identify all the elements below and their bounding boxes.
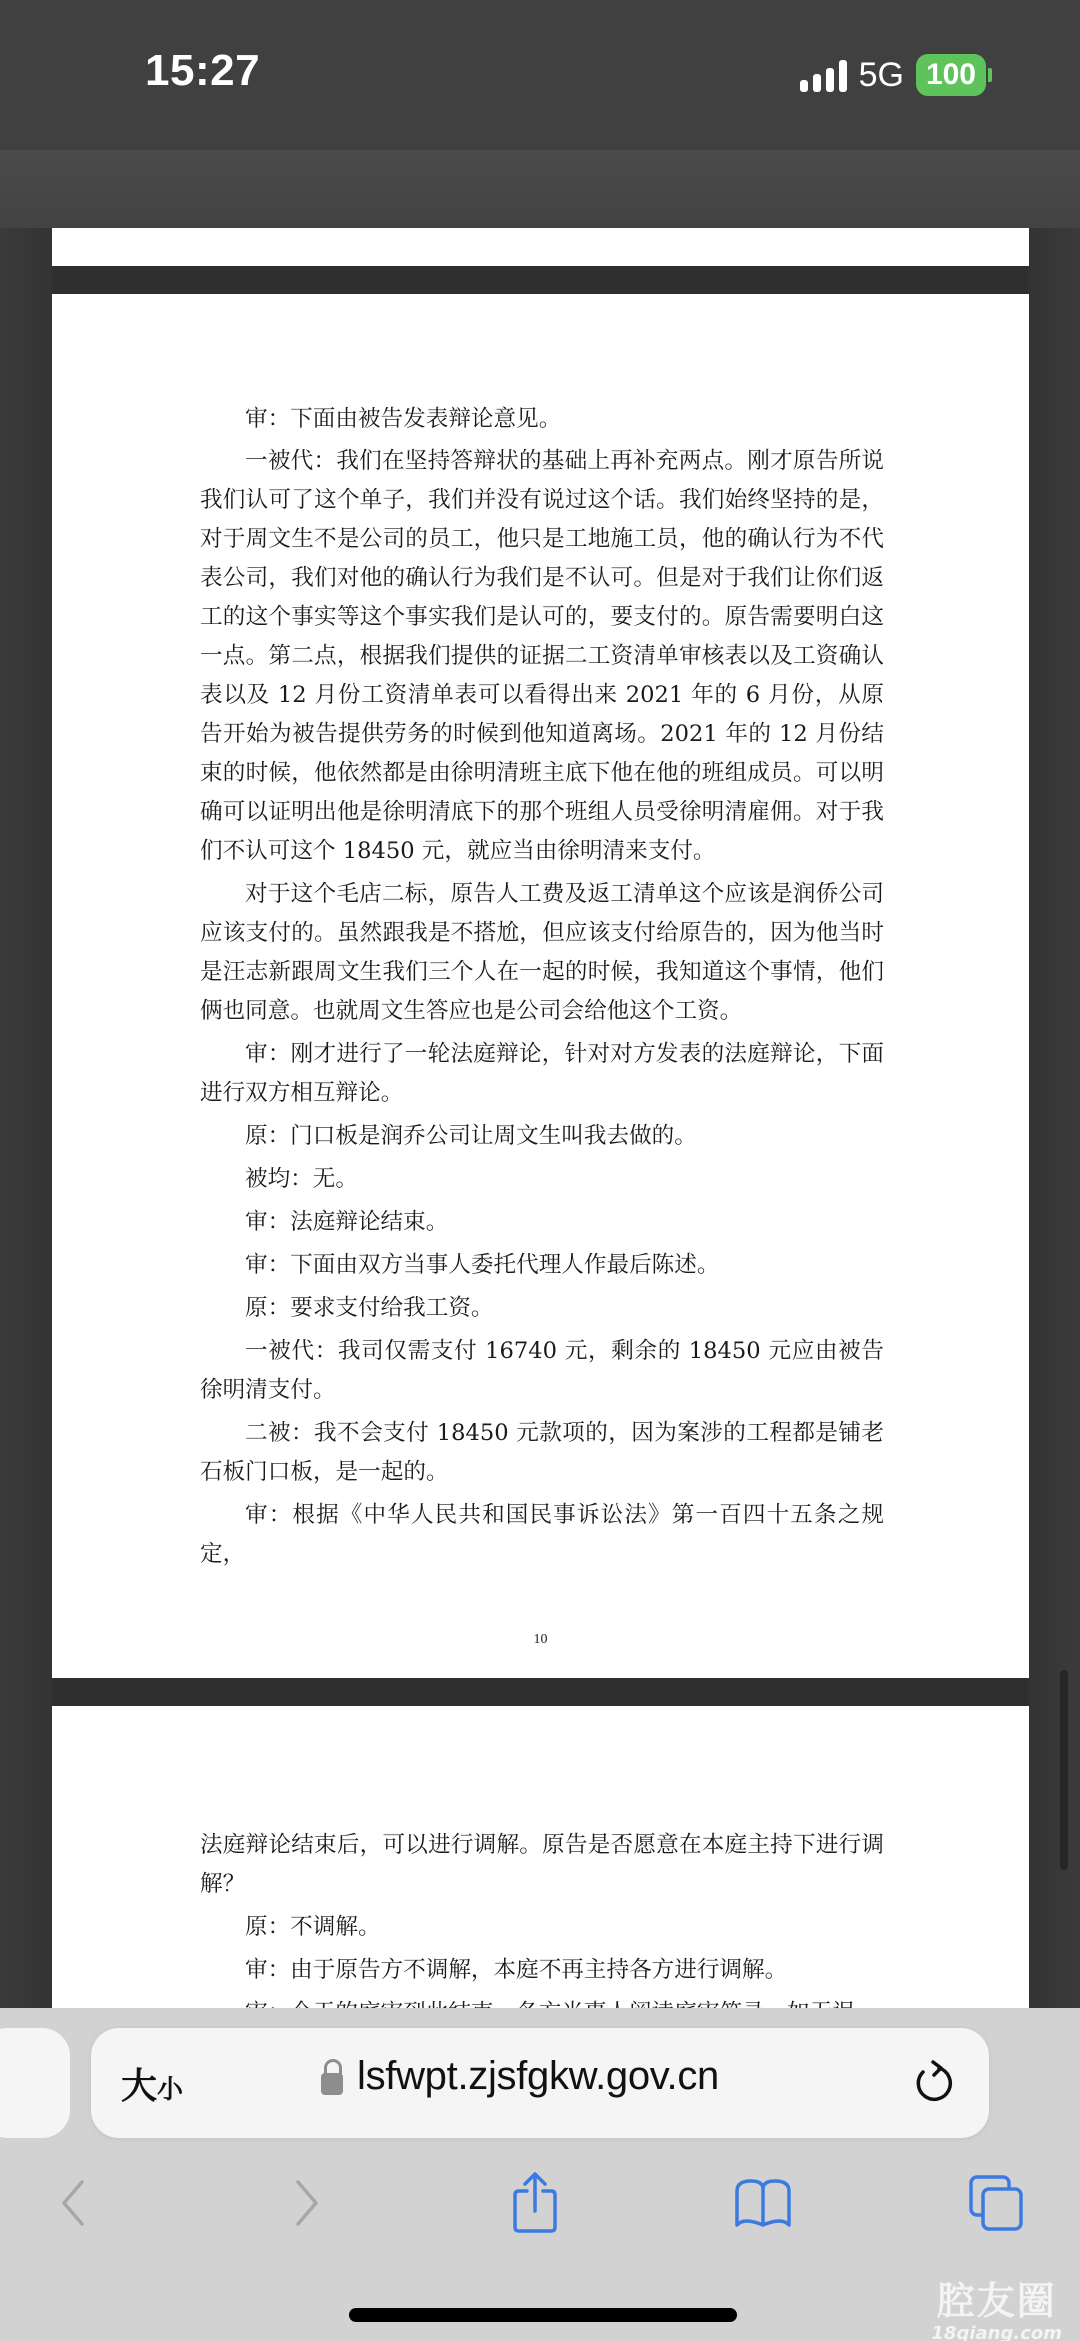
paragraph: 对于这个毛店二标，原告人工费及返工清单这个应该是润侨公司应该支付的。虽然跟我是不…: [200, 875, 884, 1031]
page-11-text: 法庭辩论结束后，可以进行调解。原告是否愿意在本庭主持下进行调解？ 原：不调解。 …: [200, 1826, 884, 2008]
reader-label-big: 大: [121, 2065, 157, 2106]
pdf-document-area[interactable]: 审：下面由被告发表辩论意见。 一被代：我们在坚持答辩状的基础上再补充两点。刚才原…: [0, 228, 1080, 2008]
reload-icon[interactable]: [909, 2058, 959, 2108]
signal-icon: [800, 58, 847, 92]
pdf-page-11: 法庭辩论结束后，可以进行调解。原告是否愿意在本庭主持下进行调解？ 原：不调解。 …: [52, 1706, 1029, 2008]
lock-icon: [321, 2059, 343, 2095]
paragraph: 一被代：我们在坚持答辩状的基础上再补充两点。刚才原告所说我们认可了这个单子，我们…: [200, 442, 884, 871]
tabs-icon: [967, 2173, 1027, 2233]
share-button[interactable]: [500, 2168, 570, 2238]
paragraph: 审：下面由双方当事人委托代理人作最后陈述。: [200, 1246, 884, 1285]
url-text: lsfwpt.zjsfgkw.gov.cn: [357, 2054, 719, 2099]
battery-tip: [988, 68, 992, 82]
paragraph: 审：根据《中华人民共和国民事诉讼法》第一百四十五条之规定，: [200, 1496, 884, 1574]
watermark-en: 18qiang.com: [931, 2323, 1062, 2341]
watermark: 腔友圈 18qiang.com: [931, 2270, 1062, 2341]
paragraph: 一被代：我司仅需支付 16740 元，剩余的 18450 元应由被告徐明清支付。: [200, 1332, 884, 1410]
doc-margin-right: [1028, 228, 1080, 2008]
status-bar: 15:27 5G 100: [0, 0, 1080, 150]
pdf-viewer-toolbar: [0, 150, 1080, 230]
reader-label-small: 小: [157, 2074, 183, 2104]
battery-icon: 100: [916, 54, 992, 96]
forward-button[interactable]: [272, 2168, 342, 2238]
paragraph: 原：要求支付给我工资。: [200, 1289, 884, 1328]
tabs-button[interactable]: [962, 2168, 1032, 2238]
browser-toolbar: [0, 2158, 1080, 2248]
paragraph-continuation: 法庭辩论结束后，可以进行调解。原告是否愿意在本庭主持下进行调解？: [200, 1826, 884, 1904]
pdf-page-9: [52, 228, 1029, 266]
chevron-left-icon: [58, 2178, 88, 2228]
url-display[interactable]: lsfwpt.zjsfgkw.gov.cn: [321, 2054, 719, 2099]
paragraph: 原：门口板是润乔公司让周文生叫我去做的。: [200, 1117, 884, 1156]
paragraph: 被均：无。: [200, 1160, 884, 1199]
paragraph: 二被：我不会支付 18450 元款项的，因为案涉的工程都是铺老石板门口板，是一起…: [200, 1414, 884, 1492]
back-button[interactable]: [38, 2168, 108, 2238]
chevron-right-icon: [292, 2178, 322, 2228]
paragraph: 原：不调解。: [200, 1908, 884, 1947]
paragraph: 审：刚才进行了一轮法庭辩论，针对对方发表的法庭辩论，下面进行双方相互辩论。: [200, 1035, 884, 1113]
paragraph: 审：今天的庭审到此结束，各方当事人阅读庭审笔录，如无误: [200, 1994, 884, 2008]
paragraph: 审：由于原告方不调解，本庭不再主持各方进行调解。: [200, 1951, 884, 1990]
book-icon: [732, 2177, 794, 2229]
bookmarks-button[interactable]: [728, 2168, 798, 2238]
status-time: 15:27: [145, 46, 260, 96]
pdf-page-10: 审：下面由被告发表辩论意见。 一被代：我们在坚持答辩状的基础上再补充两点。刚才原…: [52, 294, 1029, 1678]
scrollbar[interactable]: [1060, 1670, 1068, 1870]
status-indicators: 5G 100: [800, 54, 992, 96]
browser-bottom-bar: 大小 lsfwpt.zjsfgkw.gov.cn: [0, 2008, 1080, 2341]
paragraph: 审：法庭辩论结束。: [200, 1203, 884, 1242]
home-indicator[interactable]: [349, 2308, 737, 2322]
previous-tab-preview[interactable]: [0, 2028, 70, 2138]
page-settings-button[interactable]: 大小: [121, 2058, 183, 2109]
page-10-text: 审：下面由被告发表辩论意见。 一被代：我们在坚持答辩状的基础上再补充两点。刚才原…: [200, 400, 884, 1574]
paragraph: 审：下面由被告发表辩论意见。: [200, 400, 884, 439]
watermark-cn: 腔友圈: [931, 2270, 1062, 2325]
doc-margin-left: [0, 228, 52, 2008]
page-number: 10: [52, 1632, 1029, 1648]
battery-level: 100: [916, 54, 986, 96]
share-icon: [510, 2171, 560, 2235]
network-label: 5G: [859, 56, 904, 95]
address-bar[interactable]: 大小 lsfwpt.zjsfgkw.gov.cn: [91, 2028, 989, 2138]
